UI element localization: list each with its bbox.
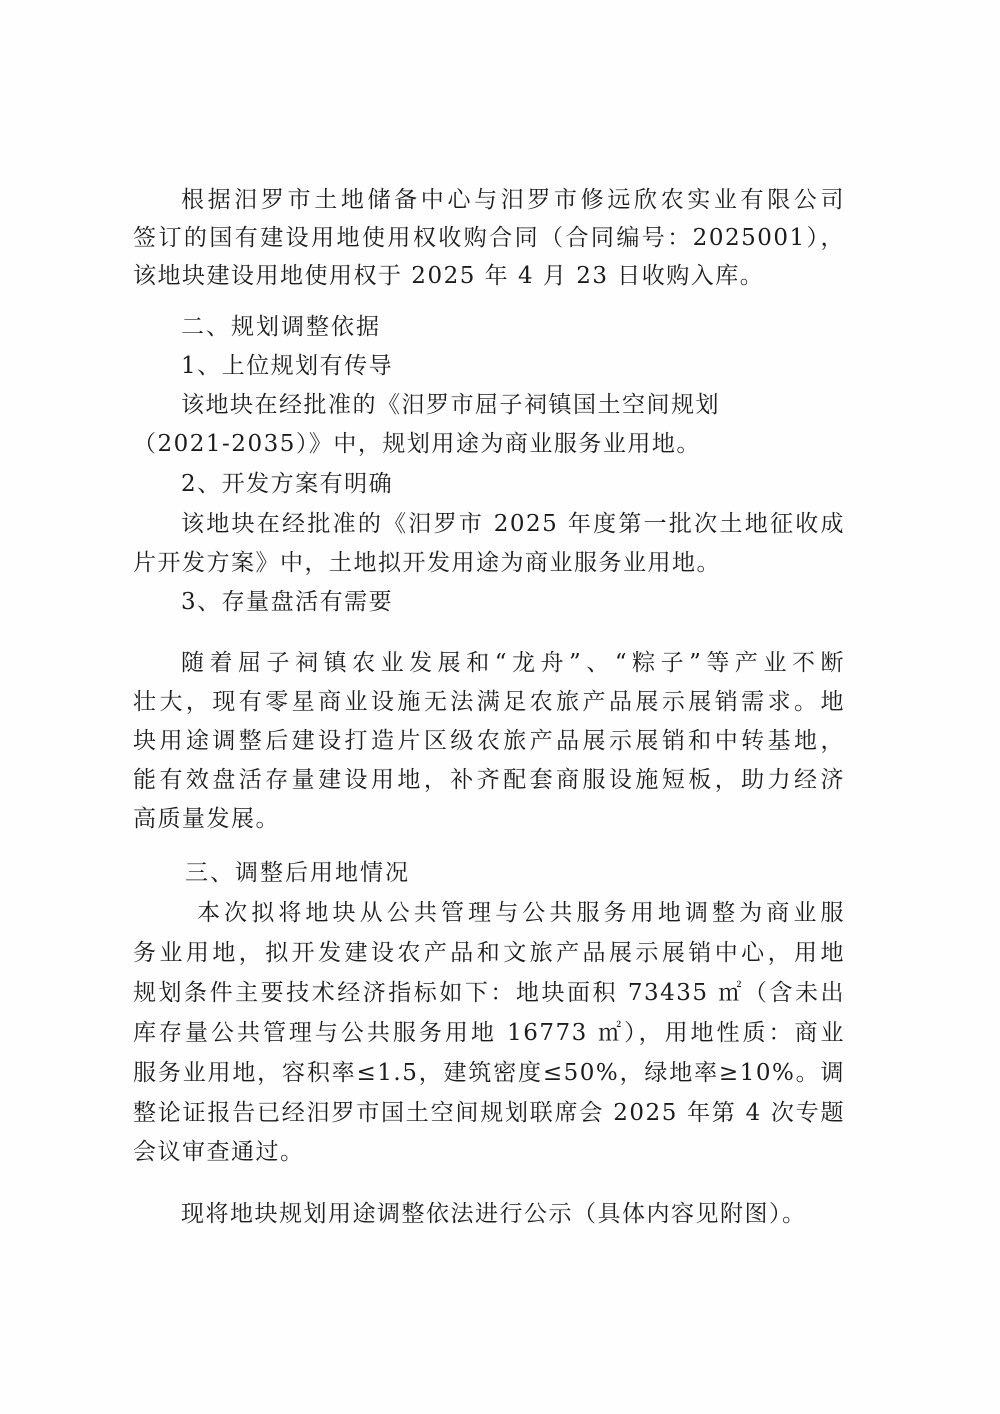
- body-line: 壮大，现有零星商业设施无法满足农旅产品展示展销需求。地: [133, 684, 845, 720]
- closing-statement: 现将地块规划用途调整依法进行公示（具体内容见附图）。: [181, 1196, 845, 1232]
- body-line: 库存量公共管理与公共服务用地 16773 ㎡），用地性质：商业: [133, 1015, 845, 1051]
- body-line: 能有效盘活存量建设用地，补齐配套商服设施短板，助力经济: [133, 762, 845, 798]
- body-line: 该地块建设用地使用权于 2025 年 4 月 23 日收购入库。: [133, 258, 845, 294]
- subsection-heading: 1、上位规划有传导: [181, 348, 845, 384]
- body-line: 签订的国有建设用地使用权收购合同（合同编号：2025001），: [133, 220, 845, 256]
- body-line: 会议审查通过。: [133, 1134, 845, 1170]
- body-line: 服务业用地，容积率≤1.5，建筑密度≤50%，绿地率≥10%。调: [133, 1055, 845, 1091]
- body-line: 整论证报告已经汨罗市国土空间规划联席会 2025 年第 4 次专题: [133, 1095, 845, 1131]
- subsection-heading: 3、存量盘活有需要: [181, 584, 845, 620]
- body-line: 本次拟将地块从公共管理与公共服务用地调整为商业服: [197, 895, 845, 931]
- body-line: 块用途调整后建设打造片区级农旅产品展示展销和中转基地，: [133, 723, 845, 759]
- body-line: 该地块在经批准的《汨罗市屈子祠镇国土空间规划: [181, 387, 845, 423]
- body-line: 根据汨罗市土地储备中心与汨罗市修远欣农实业有限公司: [181, 182, 845, 218]
- body-line: 片开发方案》中，土地拟开发用途为商业服务业用地。: [133, 545, 845, 581]
- body-line: 务业用地，拟开发建设农产品和文旅产品展示展销中心，用地: [133, 935, 845, 971]
- body-line: 随着屈子祠镇农业发展和“龙舟”、“粽子”等产业不断: [181, 645, 845, 681]
- body-line: （2021-2035）》中，规划用途为商业服务业用地。: [133, 426, 845, 462]
- body-line: 规划条件主要技术经济指标如下：地块面积 73435 ㎡（含未出: [133, 975, 845, 1011]
- subsection-heading: 2、开发方案有明确: [181, 466, 845, 502]
- document-page: 根据汨罗市土地储备中心与汨罗市修远欣农实业有限公司 签订的国有建设用地使用权收购…: [0, 0, 1000, 1414]
- body-line: 该地块在经批准的《汨罗市 2025 年度第一批次土地征收成: [181, 506, 845, 542]
- section-heading: 二、规划调整依据: [181, 309, 845, 345]
- section-heading: 三、调整后用地情况: [185, 855, 845, 891]
- body-line: 高质量发展。: [133, 801, 845, 837]
